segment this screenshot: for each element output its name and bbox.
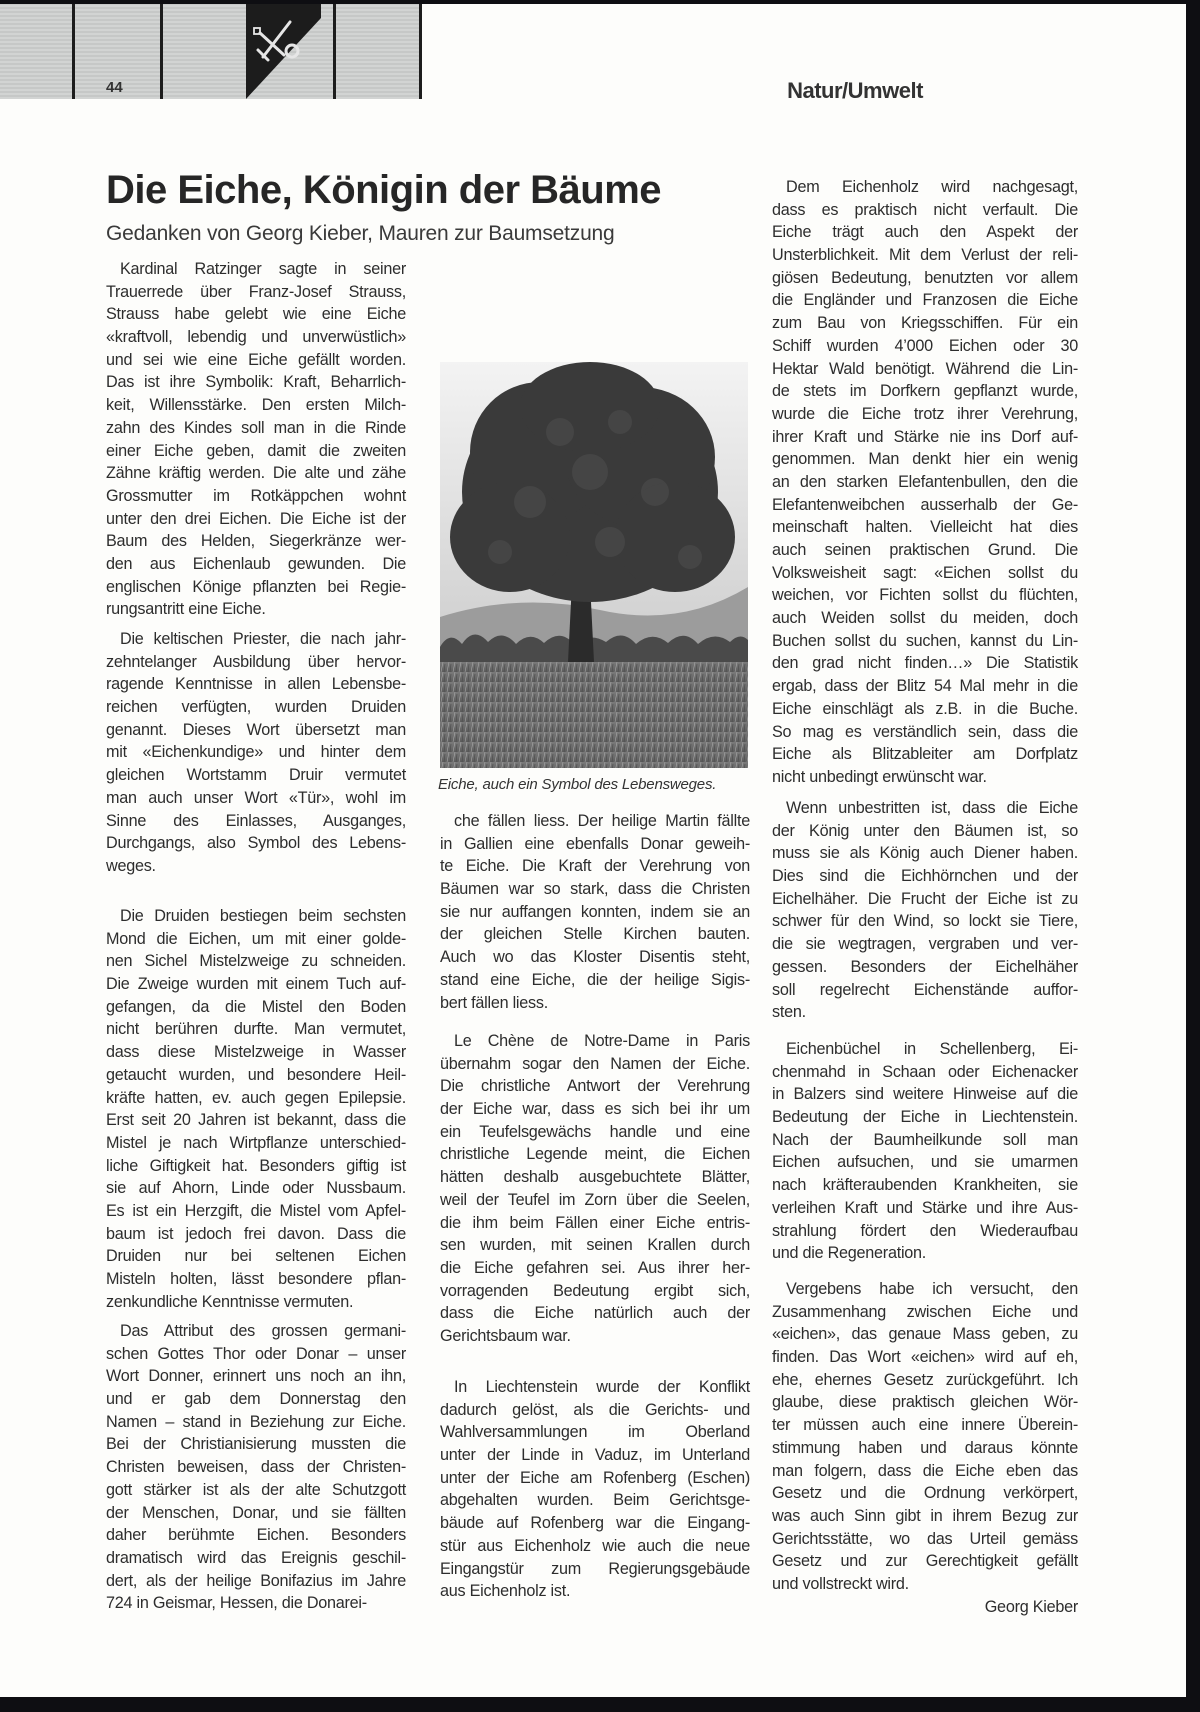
text-line: Zusammenhang zwischen Eiche und <box>772 1301 1078 1324</box>
text-line: keit, Willensstärke. Den ersten Milch- <box>106 394 406 417</box>
text-line: unter den drei Eichen. Die Eiche ist der <box>106 508 406 531</box>
paragraph: Vergebens habe ich versucht, denZusammen… <box>772 1278 1078 1596</box>
text-line: Die Zweige wurden mit einem Tuch auf- <box>106 973 406 996</box>
text-line: finden. Das Wort «eichen» wird auf eh, <box>772 1346 1078 1369</box>
oak-tree-photo <box>440 362 748 768</box>
page-number: 44 <box>106 79 123 96</box>
text-line: Eichenbüchel in Schellenberg, Ei- <box>772 1038 1078 1061</box>
text-line: die sie wegtragen, vergraben und ver- <box>772 933 1078 956</box>
text-line: Das Attribut des grossen germani- <box>106 1320 406 1343</box>
text-line: Die christliche Antwort der Verehrung <box>440 1075 750 1098</box>
text-line: sen wurden, mit seinen Krallen durch <box>440 1234 750 1257</box>
text-line: den grad nicht finden…» Die Statistik <box>772 652 1078 675</box>
text-line: Mistel je nach Wirtpflanze unterschied- <box>106 1132 406 1155</box>
text-line: muss sie als König auch Diener haben. <box>772 842 1078 865</box>
text-line: Grossmutter im Rotkäppchen wohnt <box>106 485 406 508</box>
text-line: Namen – stand in Beziehung zur Eiche. <box>106 1411 406 1434</box>
text-line: Wahlversammlungen im Oberland <box>440 1421 750 1444</box>
text-line: Die Druiden bestiegen beim sechsten <box>106 905 406 928</box>
text-line: Elefantenweibchen ausserhalb der Ge- <box>772 494 1078 517</box>
text-line: giösen Bedeutung, benutzten vor allem <box>772 267 1078 290</box>
text-line: und vollstreckt wird. <box>772 1573 1078 1596</box>
text-line: «eichen», das genaue Mass geben, zu <box>772 1323 1078 1346</box>
text-line: strahlung fördert den Wiederaufbau <box>772 1220 1078 1243</box>
text-line: dramatisch wird das Ereignis geschil- <box>106 1547 406 1570</box>
text-line: und sei wie eine Eiche gefällt worden. <box>106 349 406 372</box>
text-line: Le Chène de Notre-Dame in Paris <box>440 1030 750 1053</box>
text-line: der gleichen Stelle Kirchen bauten. <box>440 923 750 946</box>
text-line: unter der Linde in Vaduz, im Unterland <box>440 1444 750 1467</box>
text-line: Druiden nur bei seltenen Eichen <box>106 1245 406 1268</box>
article-subtitle: Gedanken von Georg Kieber, Mauren zur Ba… <box>106 222 615 246</box>
paragraph: Die Druiden bestiegen beim sechstenMond … <box>106 905 406 1313</box>
text-line: gott stärker ist als der alte Schutzgott <box>106 1479 406 1502</box>
text-line: übernahm sogar den Namen der Eiche. <box>440 1053 750 1076</box>
text-line: der Eiche war, dass es sich bei ihr um <box>440 1098 750 1121</box>
text-line: Eiche als Blitzableiter am Dorfplatz <box>772 743 1078 766</box>
text-line: Volksweisheit sagt: «Eichen sollst du <box>772 562 1078 585</box>
text-line: was auch Sinn gibt in ihrem Bezug zur <box>772 1505 1078 1528</box>
text-line: Die keltischen Priester, die nach jahr- <box>106 628 406 651</box>
text-line: dass die Eiche natürlich auch der <box>440 1302 750 1325</box>
text-line: Kardinal Ratzinger sagte in seiner <box>106 258 406 281</box>
text-line: dass es praktisch nicht verfault. Die <box>772 199 1078 222</box>
text-line: genommen. Man denkt hier ein wenig <box>772 448 1078 471</box>
crossed-sword-and-key-emblem-icon <box>246 4 321 99</box>
text-line: ragende Kenntnisse in allen Lebensbe- <box>106 673 406 696</box>
author-signature: Georg Kieber <box>772 1596 1078 1619</box>
paragraph: Eichenbüchel in Schellenberg, Ei-chenmah… <box>772 1038 1078 1265</box>
text-line: einer Eiche geben, damit die zweiten <box>106 440 406 463</box>
paragraph: Die keltischen Priester, die nach jahr-z… <box>106 628 406 878</box>
text-line: Schiff wurden 4’000 Eichen oder 30 <box>772 335 1078 358</box>
section-label: Natur/Umwelt <box>770 78 940 104</box>
text-line: Auch wo das Kloster Disentis steht, <box>440 946 750 969</box>
paragraph: che fällen liess. Der heilige Martin fäl… <box>440 810 750 1014</box>
text-line: in Balzers sind weitere Hinweise auf die <box>772 1083 1078 1106</box>
header-band <box>0 4 420 99</box>
text-line: nicht unbedingt erwünscht war. <box>772 766 1078 789</box>
text-line: Hektar Wald benötigt. Während die Lin- <box>772 358 1078 381</box>
text-line: meinschaft halten. Vielleicht hat dies <box>772 516 1078 539</box>
text-line: sie auf Ahorn, Linde oder Nussbaum. <box>106 1177 406 1200</box>
text-line: hätten deshalb ausgebuchtete Blätter, <box>440 1166 750 1189</box>
text-line: gessen. Besonders der Eichelhäher <box>772 956 1078 979</box>
text-line: Eiche trägt auch den Aspekt der <box>772 221 1078 244</box>
text-line: Eichen aufsuchen, und sie umarmen <box>772 1151 1078 1174</box>
text-line: bäude auf Rofenberg war die Eingang- <box>440 1512 750 1535</box>
text-line: Das ist ihre Symbolik: Kraft, Beharrlich… <box>106 371 406 394</box>
text-line: baum ist jedoch frei davon. Dass die <box>106 1223 406 1246</box>
article-title: Die Eiche, Königin der Bäume <box>106 168 661 213</box>
scan-border-right <box>1186 4 1200 1712</box>
text-line: und er gab dem Donnerstag den <box>106 1388 406 1411</box>
text-line: dass diese Mistelzweige in Wasser <box>106 1041 406 1064</box>
text-line: te Eiche. Die Kraft der Verehrung von <box>440 855 750 878</box>
text-line: den aus Eichenlaub gewunden. Die <box>106 553 406 576</box>
text-line: Gerichtsbaum war. <box>440 1325 750 1348</box>
text-line: genannt. Dieses Wort übersetzt man <box>106 719 406 742</box>
paragraph: Kardinal Ratzinger sagte in seinerTrauer… <box>106 258 406 621</box>
text-line: schwer für den Wind, so lockt sie Tiere, <box>772 910 1078 933</box>
text-line: zenkundliche Kenntnisse vermuten. <box>106 1291 406 1314</box>
header-divider <box>160 4 163 99</box>
text-line: an den starken Elefantenbullen, den die <box>772 471 1078 494</box>
text-line: schen Gottes Thor oder Donar – unser <box>106 1343 406 1366</box>
text-line: soll regelrecht Eichenstände auffor- <box>772 979 1078 1002</box>
text-line: nen Sichel Mistelzweige zu schneiden. <box>106 950 406 973</box>
text-line: Dies sind die Eichhörnchen und der <box>772 865 1078 888</box>
paragraph: Dem Eichenholz wird nachgesagt,dass es p… <box>772 176 1078 789</box>
text-line: kräfte hatten, ev. auch gegen Epilepsie. <box>106 1087 406 1110</box>
text-line: weichen, vor Fichten sollst du flüchten, <box>772 584 1078 607</box>
text-line: Erst seit 20 Jahren ist bekannt, dass di… <box>106 1109 406 1132</box>
text-line: sten. <box>772 1001 1078 1024</box>
text-line: So mag es verständlich sein, dass die <box>772 721 1078 744</box>
text-line: weges. <box>106 855 406 878</box>
text-line: Trauerrede über Franz-Josef Strauss, <box>106 281 406 304</box>
text-line: Bei der Christianisierung mussten die <box>106 1433 406 1456</box>
text-line: chenmahd in Schaan oder Eichenacker <box>772 1061 1078 1084</box>
text-line: In Liechtenstein wurde der Konflikt <box>440 1376 750 1399</box>
text-line: Eiche einschlägt als z.B. in die Buche. <box>772 698 1078 721</box>
text-line: ihrer Kraft und Stärke nie ins Dorf auf- <box>772 426 1078 449</box>
text-line: Gerichtsstätte, wo das Urteil gemäss <box>772 1528 1078 1551</box>
text-line: auch Weiden sollst du meiden, doch <box>772 607 1078 630</box>
paragraph: In Liechtenstein wurde der Konfliktdadur… <box>440 1376 750 1603</box>
text-line: die Eiche gefahren sei. Aus ihrer her- <box>440 1257 750 1280</box>
text-line: weil der Teufel im Zorn über die Seelen, <box>440 1189 750 1212</box>
header-divider <box>72 4 75 99</box>
text-line: in Gallien eine ebenfalls Donar geweih- <box>440 833 750 856</box>
text-line: gefangen, da die Mistel den Boden <box>106 996 406 1019</box>
text-line: Misteln holten, lässt besondere pflan- <box>106 1268 406 1291</box>
paragraph: Wenn unbestritten ist, dass die Eicheder… <box>772 797 1078 1024</box>
text-line: zehntelanger Ausbildung über hervor- <box>106 651 406 674</box>
text-line: che fällen liess. Der heilige Martin fäl… <box>440 810 750 833</box>
text-line: Strauss habe gelebt wie eine Eiche <box>106 303 406 326</box>
text-line: Durchgangs, also Symbol des Lebens- <box>106 832 406 855</box>
text-line: Zähne kräftig werden. Die alte und zähe <box>106 462 406 485</box>
text-line: verleihen Kraft und Stärke und ihre Aus- <box>772 1197 1078 1220</box>
text-line: zahn des Kindes soll man in die Rinde <box>106 417 406 440</box>
text-line: nicht berühren durfte. Man vermutet, <box>106 1018 406 1041</box>
text-line: auch seinen praktischen Grund. Die <box>772 539 1078 562</box>
text-line: der Menschen, Donar, und sie fällten <box>106 1502 406 1525</box>
text-line: Bäumen war so stark, dass die Christen <box>440 878 750 901</box>
text-line: ehe, ehernes Gesetz zurückgeführt. Ich <box>772 1369 1078 1392</box>
text-line: ergab, dass der Blitz 54 Mal mehr in die <box>772 675 1078 698</box>
text-line: liche Giftigkeit hat. Besonders giftig i… <box>106 1155 406 1178</box>
text-line: reichen verfügten, wurden Druiden <box>106 696 406 719</box>
text-line: mit «Eichenkundige» und hinter dem <box>106 741 406 764</box>
author-signature-block: Georg Kieber <box>772 1596 1078 1619</box>
scan-border-bottom <box>0 1697 1200 1712</box>
text-line: 724 in Geismar, Hessen, die Donarei- <box>106 1592 406 1615</box>
text-line: glaube, diese praktisch gleichen Wör- <box>772 1391 1078 1414</box>
text-line: dadurch gelöst, als die Gerichts- und <box>440 1399 750 1422</box>
text-line: Nach der Baumheilkunde soll man <box>772 1129 1078 1152</box>
text-line: Wort Donner, erinnert uns noch an ihn, <box>106 1365 406 1388</box>
text-line: aus Eichenholz ist. <box>440 1580 750 1603</box>
text-line: christliche Legende meint, die Eichen <box>440 1143 750 1166</box>
text-line: der König unter den Bäumen ist, so <box>772 820 1078 843</box>
text-line: man auch unser Wort «Tür», wohl im <box>106 787 406 810</box>
text-line: vorragenden Bedeutung ergibt sich, <box>440 1280 750 1303</box>
text-line: gleichen Wortstamm Druir vermutet <box>106 764 406 787</box>
text-line: englischen Könige pflanzten bei Regie- <box>106 576 406 599</box>
text-line: sie nur auffangen konnten, indem sie an <box>440 901 750 924</box>
text-line: Buchen sollst du suchen, kannst du Lin- <box>772 630 1078 653</box>
text-line: stand eine Eiche, die der heilige Sigis- <box>440 969 750 992</box>
text-line: die Engländer und Franzosen die Eiche <box>772 289 1078 312</box>
text-line: unter der Eiche am Rofenberg (Eschen) <box>440 1467 750 1490</box>
text-line: rungsantritt eine Eiche. <box>106 598 406 621</box>
text-line: Christen beweisen, dass der Christen- <box>106 1456 406 1479</box>
text-line: und die Regeneration. <box>772 1242 1078 1265</box>
text-line: wurde die Eiche trotz ihrer Verehrung, <box>772 403 1078 426</box>
text-line: ein Teufelsgewächs handle und eine <box>440 1121 750 1144</box>
text-line: Eichelhäher. Die Frucht der Eiche ist zu <box>772 888 1078 911</box>
text-line: abgehalten wurden. Beim Gerichtsge- <box>440 1489 750 1512</box>
text-line: Gesetz und die Ordnung verkörpert, <box>772 1482 1078 1505</box>
text-line: nach kräfteraubenden Krankheiten, sie <box>772 1174 1078 1197</box>
text-line: bert fällen liess. <box>440 992 750 1015</box>
text-line: dert, als der heilige Bonifazius im Jahr… <box>106 1570 406 1593</box>
figure-caption: Eiche, auch ein Symbol des Lebensweges. <box>438 776 716 793</box>
text-line: man folgern, dass die Eiche eben das <box>772 1460 1078 1483</box>
text-line: de stets im Dorfkern gepflanzt wurde, <box>772 380 1078 403</box>
text-line: Eingangstür zum Regierungsgebäude <box>440 1558 750 1581</box>
text-line: Es ist ein Herzgift, die Mistel vom Apfe… <box>106 1200 406 1223</box>
header-divider <box>333 4 336 99</box>
paragraph: Das Attribut des grossen germani-schen G… <box>106 1320 406 1615</box>
text-line: Unsterblichkeit. Mit dem Verlust der rel… <box>772 244 1078 267</box>
paragraph: Le Chène de Notre-Dame in Parisübernahm … <box>440 1030 750 1348</box>
text-line: Bedeutung der Eiche in Liechtenstein. <box>772 1106 1078 1129</box>
text-line: die ihm beim Fällen einer Eiche entris- <box>440 1212 750 1235</box>
text-line: ter müssen auch eine innere Überein- <box>772 1414 1078 1437</box>
text-line: Baum des Helden, Siegerkränze wer- <box>106 530 406 553</box>
header-divider <box>419 4 422 99</box>
text-line: Wenn unbestritten ist, dass die Eiche <box>772 797 1078 820</box>
text-line: Mond die Eichen, um mit einer golde- <box>106 928 406 951</box>
text-line: stür aus Eichenholz wie auch die neue <box>440 1535 750 1558</box>
text-line: zum Bau von Kriegsschiffen. Für ein <box>772 312 1078 335</box>
text-line: Dem Eichenholz wird nachgesagt, <box>772 176 1078 199</box>
text-line: getaucht wurden, und besondere Heil- <box>106 1064 406 1087</box>
text-line: stimmung haben und daraus könnte <box>772 1437 1078 1460</box>
text-line: Vergebens habe ich versucht, den <box>772 1278 1078 1301</box>
text-line: Gesetz und zur Gerechtigkeit gefällt <box>772 1550 1078 1573</box>
text-line: daher berühmte Eichen. Besonders <box>106 1524 406 1547</box>
text-line: Sinne des Einlasses, Ausganges, <box>106 810 406 833</box>
text-line: «kraftvoll, lebendig und unverwüstlich» <box>106 326 406 349</box>
